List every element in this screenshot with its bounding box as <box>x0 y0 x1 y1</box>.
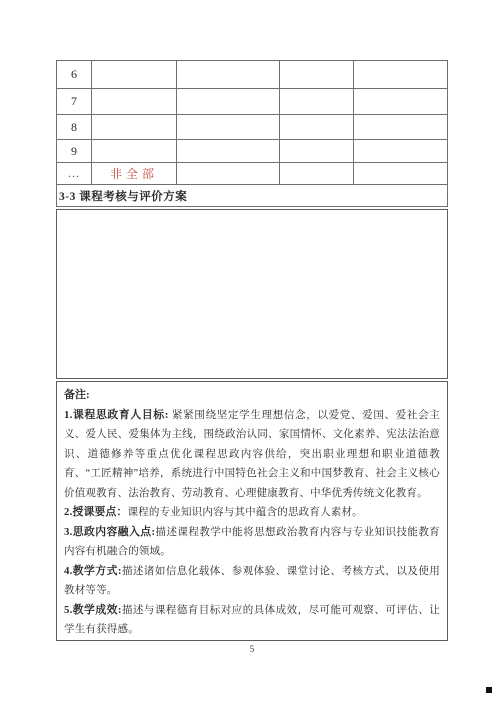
table-row: 9 <box>57 140 447 163</box>
table-row: 6 <box>57 61 447 89</box>
empty-content-box <box>56 209 448 379</box>
table-cell <box>354 89 447 114</box>
section-header: 3-3 课程考核与评价方案 <box>57 185 447 207</box>
table-cell <box>354 140 447 162</box>
notes-box: 备注: 1.课程思政育人目标: 紧紧围绕坚定学生理想信念，以爱党、爱国、爱社会主… <box>56 381 448 641</box>
table-cell <box>177 163 280 184</box>
table-cell <box>177 61 280 88</box>
notes-title: 备注: <box>64 386 440 406</box>
note-label: 5.教学成效: <box>64 604 122 616</box>
table-cell <box>92 89 177 114</box>
table-row: … 非全部 <box>57 163 447 185</box>
table-cell <box>177 140 280 162</box>
row-number-cell: 8 <box>57 115 92 139</box>
table-cell <box>280 163 354 184</box>
table-row: 7 <box>57 89 447 115</box>
corner-dot-mark <box>486 687 492 693</box>
row-number-cell: 7 <box>57 89 92 114</box>
table-cell <box>280 115 354 139</box>
table-cell <box>354 61 447 88</box>
note-item: 6.课程考核：思政元素融入到学生的考试内容中，体现在学生考核要求上。 <box>64 640 440 642</box>
note-label: 1.课程思政育人目标: <box>64 409 172 421</box>
page-number: 5 <box>56 644 448 654</box>
table-cell <box>280 61 354 88</box>
highlighted-cell: 非全部 <box>92 163 177 184</box>
table-cell <box>177 115 280 139</box>
table-cell <box>92 61 177 88</box>
note-text: 课程的专业知识内容与其中蕴含的思政育人素材。 <box>127 507 362 518</box>
note-item: 4.教学方式:描述诸如信息化载体、参观体验、课堂讨论、考核方式，以及使用教材等等… <box>64 562 440 601</box>
table-row: 8 <box>57 115 447 140</box>
note-item: 3.思政内容融入点:描述课程教学中能将思想政治教育内容与专业知识技能教育内容有机… <box>64 523 440 562</box>
row-number-cell: 6 <box>57 61 92 88</box>
note-item: 5.教学成效:描述与课程德育目标对应的具体成效，尽可能可观察、可评估、让学生有获… <box>64 601 440 640</box>
note-item: 1.课程思政育人目标: 紧紧围绕坚定学生理想信念，以爱党、爱国、爱社会主义、爱人… <box>64 406 440 504</box>
row-number-cell: … <box>57 163 92 184</box>
table-cell <box>280 89 354 114</box>
note-item: 2.授课要点：课程的专业知识内容与其中蕴含的思政育人素材。 <box>64 503 440 523</box>
note-label: 3.思政内容融入点: <box>64 526 155 538</box>
upper-table: 6 7 8 9 … 非全部 <box>56 60 448 207</box>
document-page: 6 7 8 9 … 非全部 <box>56 60 448 641</box>
table-cell <box>354 163 447 184</box>
row-number-cell: 9 <box>57 140 92 162</box>
note-text: 紧紧围绕坚定学生理想信念，以爱党、爱国、爱社会主义、爱人民、爱集体为主线，围绕政… <box>64 410 440 499</box>
table-cell <box>92 115 177 139</box>
table-cell <box>280 140 354 162</box>
table-cell <box>177 89 280 114</box>
table-cell <box>92 140 177 162</box>
note-label: 2.授课要点： <box>64 506 127 518</box>
note-label: 4.教学方式: <box>64 565 122 577</box>
table-cell <box>354 115 447 139</box>
